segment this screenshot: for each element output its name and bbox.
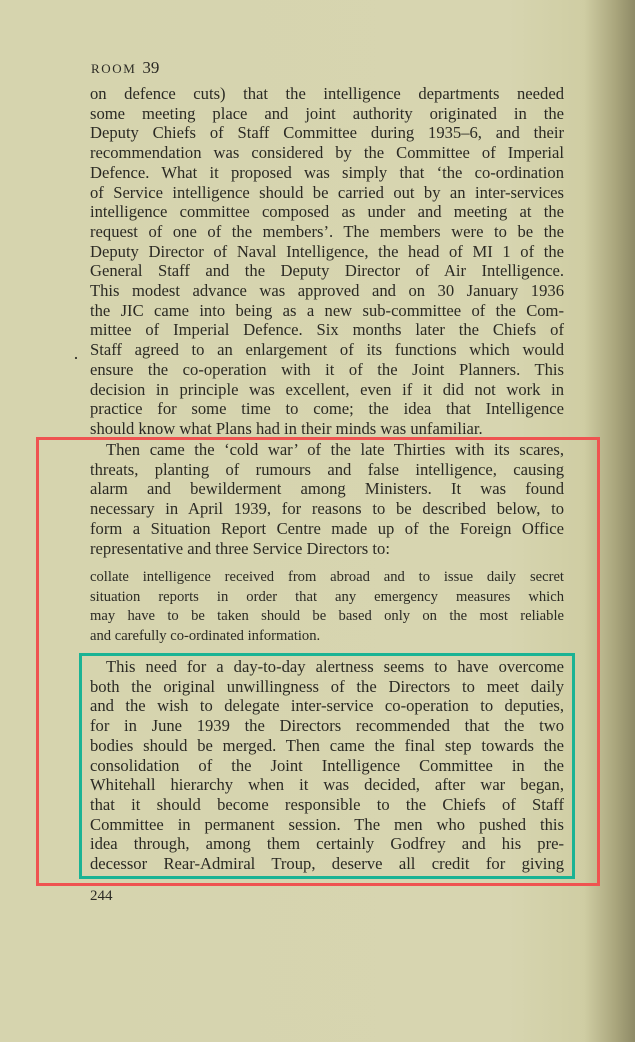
paragraph-1: on defence cuts) that the intelligence d… — [90, 84, 564, 439]
book-page: ROOM39 on defence cuts) that the intelli… — [0, 0, 635, 1042]
text-line: This modest advance was approved and on … — [90, 281, 564, 301]
text-line: intelligence committee composed as under… — [90, 202, 564, 222]
highlight-box-teal — [79, 653, 575, 879]
text-line: mittee of Imperial Defence. Six months l… — [90, 320, 564, 340]
text-line: decision in principle was excellent, eve… — [90, 380, 564, 400]
text-line: Deputy Director of Naval Intelligence, t… — [90, 242, 564, 262]
text-line: request of one of the members’. The memb… — [90, 222, 564, 242]
text-line: practice for some time to come; the idea… — [90, 399, 564, 419]
text-line: recommendation was considered by the Com… — [90, 143, 564, 163]
text-line: Defence. What it proposed was simply tha… — [90, 163, 564, 183]
text-line: on defence cuts) that the intelligence d… — [90, 84, 564, 104]
text-line: Staff agreed to an enlargement of its fu… — [90, 340, 564, 360]
text-line: ensure the co-operation with it of the J… — [90, 360, 564, 380]
text-line: General Staff and the Deputy Director of… — [90, 261, 564, 281]
text-line: the JIC came into being as a new sub-com… — [90, 301, 564, 321]
text-line: some meeting place and joint authority o… — [90, 104, 564, 124]
running-head: ROOM39 — [91, 58, 159, 78]
running-head-title: ROOM — [91, 61, 136, 76]
text-line: of Service intelligence should be carrie… — [90, 183, 564, 203]
chapter-number: 39 — [142, 58, 159, 77]
text-line: should know what Plans had in their mind… — [90, 419, 564, 439]
page-number: 244 — [90, 888, 113, 905]
text-line: Deputy Chiefs of Staff Committee during … — [90, 123, 564, 143]
margin-mark: · — [73, 348, 79, 369]
